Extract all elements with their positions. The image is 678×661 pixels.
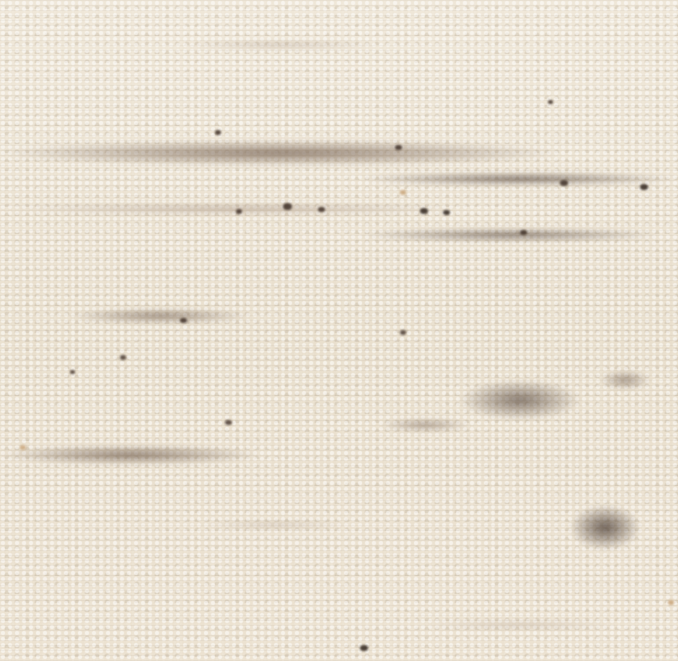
dark-fiber-streak <box>360 228 660 242</box>
dark-fiber-streak <box>600 370 650 390</box>
fiber-speck <box>395 145 402 150</box>
dark-fiber-streak <box>420 620 620 630</box>
wool-rug-texture <box>0 0 678 661</box>
dark-fiber-streak <box>0 445 260 465</box>
fiber-speck <box>520 230 527 235</box>
dark-fiber-streak <box>0 140 560 166</box>
fiber-speck <box>668 600 674 605</box>
fiber-speck <box>225 420 232 425</box>
fiber-speck <box>120 355 126 360</box>
dark-fiber-streak <box>0 203 470 215</box>
fiber-speck <box>236 209 242 214</box>
fiber-speck <box>180 318 187 323</box>
dark-fiber-streak <box>380 418 470 432</box>
fiber-speck <box>443 210 450 215</box>
fiber-speck <box>360 645 368 651</box>
dark-fiber-streak <box>180 40 380 50</box>
weave-pattern-overlay <box>0 0 678 661</box>
dark-fiber-streak <box>360 172 678 186</box>
fiber-speck <box>318 207 325 212</box>
fiber-speck <box>215 130 221 135</box>
fiber-speck <box>283 203 292 210</box>
fiber-speck <box>20 445 26 450</box>
fiber-speck <box>400 330 406 335</box>
fiber-speck <box>420 208 428 214</box>
dark-fiber-streak <box>70 308 250 324</box>
fiber-speck <box>560 180 568 186</box>
dark-fiber-streak <box>200 520 350 530</box>
fiber-speck <box>400 190 406 195</box>
dark-fiber-streak <box>570 505 640 550</box>
fiber-speck <box>70 370 75 374</box>
dark-fiber-streak <box>460 380 580 420</box>
fiber-speck <box>640 184 648 190</box>
fiber-speck <box>548 100 553 104</box>
